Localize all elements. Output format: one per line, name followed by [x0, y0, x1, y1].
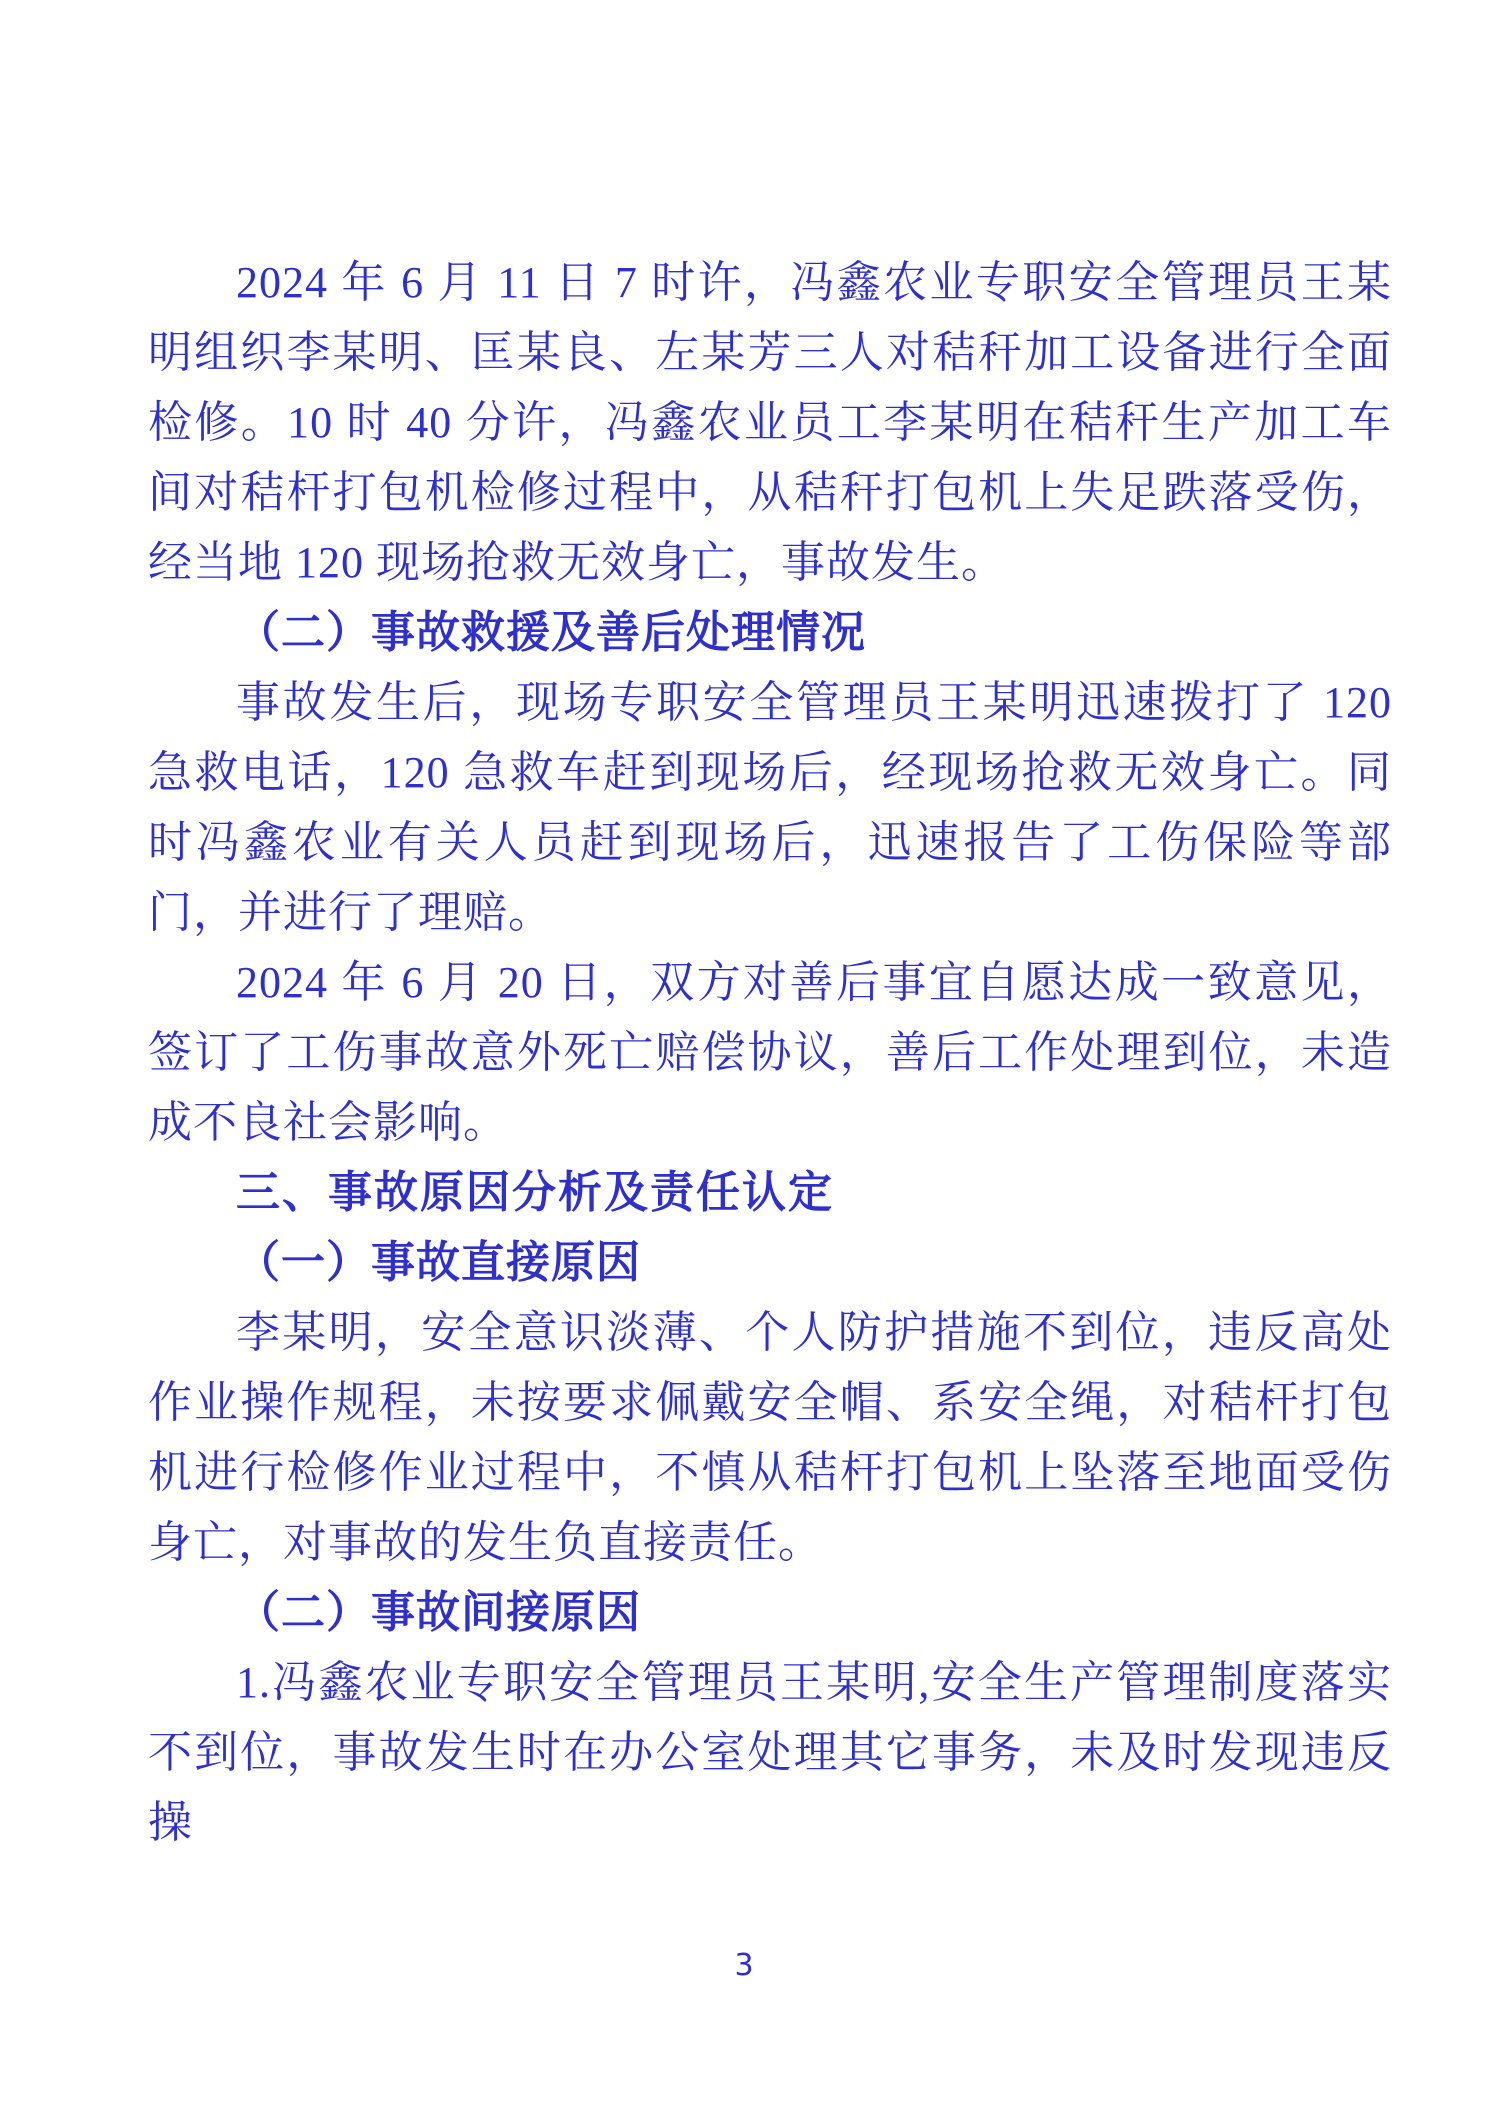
section-heading-rescue-and-aftermath: （二）事故救援及善后处理情况 [148, 598, 1392, 668]
paragraph-direct-cause: 李某明，安全意识淡薄、个人防护措施不到位，违反高处作业操作规程，未按要求佩戴安全… [148, 1298, 1392, 1578]
page-number: 3 [0, 1948, 1488, 1984]
paragraph-indirect-cause: 1.冯鑫农业专职安全管理员王某明,安全生产管理制度落实不到位，事故发生时在办公室… [148, 1648, 1392, 1858]
section-heading-indirect-cause: （二）事故间接原因 [148, 1578, 1392, 1648]
paragraph-accident-occurrence: 2024 年 6 月 11 日 7 时许，冯鑫农业专职安全管理员王某明组织李某明… [148, 248, 1392, 598]
paragraph-rescue-response: 事故发生后，现场专职安全管理员王某明迅速拨打了 120 急救电话，120 急救车… [148, 668, 1392, 948]
section-heading-cause-analysis: 三、事故原因分析及责任认定 [148, 1158, 1392, 1228]
document-page: 2024 年 6 月 11 日 7 时许，冯鑫农业专职安全管理员王某明组织李某明… [0, 0, 1488, 2104]
paragraph-compensation-agreement: 2024 年 6 月 20 日，双方对善后事宜自愿达成一致意见，签订了工伤事故意… [148, 948, 1392, 1158]
document-body: 2024 年 6 月 11 日 7 时许，冯鑫农业专职安全管理员王某明组织李某明… [148, 248, 1392, 1858]
section-heading-direct-cause: （一）事故直接原因 [148, 1228, 1392, 1298]
